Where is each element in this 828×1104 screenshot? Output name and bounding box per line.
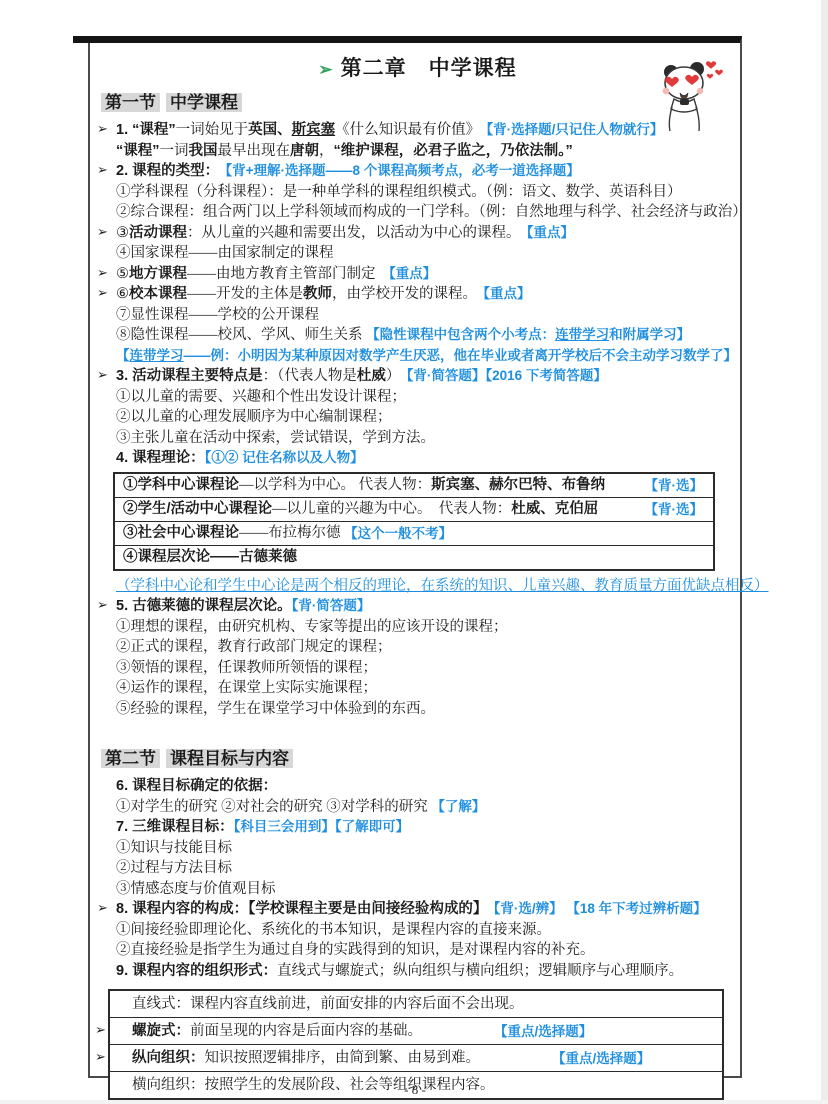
text-segment: 最早出现在: [218, 143, 291, 159]
text-segment: ④国家课程——由国家制定的课程: [116, 245, 334, 261]
text-segment: ，: [319, 143, 334, 159]
text-segment: ：从儿童的兴趣和需要出发，以活动为中心的课程。: [187, 225, 513, 241]
text-line: 6. 课程目标确定的依据：: [101, 776, 734, 797]
item-arrow-icon: ➢: [97, 223, 108, 244]
table-row: ➢纵向组织：知识按照逻辑排序，由简到繁、由易到难。【重点/选择题】: [110, 1045, 722, 1072]
text-segment: 4.: [116, 450, 132, 466]
text-line: ➢1. “课程”一词始见于英国、斯宾塞《什么知识最有价值》 【背·选择题/只记住…: [101, 120, 734, 141]
text-segment: 知识按照逻辑排序，由简到繁、由易到难。: [205, 1049, 481, 1068]
table-row: ①学科中心课程论—以学科为中心。 代表人物：斯宾塞、赫尔巴特、布鲁纳【背·选】: [115, 474, 713, 498]
text-line: ③领悟的课程，任课教师所领悟的课程；: [101, 658, 734, 679]
text-segment: “课程”: [132, 122, 176, 138]
text-line: ③主张儿童在活动中探索，尝试错误，学到方法。: [101, 428, 734, 449]
text-segment: 杜威: [357, 368, 386, 384]
text-segment: 活动课程主要特点是: [132, 368, 263, 384]
exam-annotation: 和附属学习】: [609, 327, 690, 342]
item-arrow-icon: ➢: [97, 284, 108, 305]
text-segment: 校本课程: [129, 286, 187, 302]
text-line: ➢3. 活动课程主要特点是：（代表人物是杜威） 【背·简答题】【2016 下考简…: [101, 366, 734, 387]
exam-annotation: 【背·选/辨】 【18 年下考过辨析题】: [480, 901, 707, 916]
text-segment: 三维课程目标：: [132, 819, 234, 835]
text-segment: 斯宾塞、赫尔巴特、布鲁纳: [431, 476, 605, 495]
text-line: ⑧隐性课程——校风、学风、师生关系 【隐性课程中包含两个小考点：连带学习和附属学…: [101, 325, 734, 346]
exam-annotation: 【背·选】: [645, 500, 704, 519]
section-heading-text: 中学课程: [166, 93, 242, 112]
text-segment: 前面呈现的内容是后面内容的基础。: [190, 1022, 422, 1041]
text-segment: 直线式与螺旋式；纵向组织与横向组织；逻辑顺序与心理顺序。: [277, 963, 683, 979]
page-number: - 8 -: [88, 1082, 742, 1098]
text-segment: ①理想的课程，由研究机构、专家等提出的应该开设的课程；: [116, 619, 508, 635]
text-line: ①知识与技能目标: [101, 838, 734, 859]
text-line: ➢8. 课程内容的构成：【学校课程主要是由间接经验构成的】 【背·选/辨】 【1…: [101, 899, 734, 920]
text-segment: ③主张儿童在活动中探索，尝试错误，学到方法。: [116, 430, 435, 446]
text-line: ➢③活动课程：从儿童的兴趣和需要出发，以活动为中心的课程。 【重点】: [101, 223, 734, 244]
table-row: ②学生/活动中心课程论—以儿童的兴趣为中心。 代表人物：杜威、克伯屈【背·选】: [115, 498, 713, 522]
exam-annotation: 【了解】: [431, 799, 485, 814]
text-line: ②以儿童的心理发展顺序为中心编制课程；: [101, 407, 734, 428]
text-segment: ：（代表人物是: [263, 368, 357, 384]
text-segment: 英国、: [248, 122, 292, 138]
text-segment: ①学科课程（分科课程）：是一种单学科的课程组织模式。（例：语文、数学、英语科目）: [116, 184, 682, 200]
text-line: ②过程与方法目标: [101, 858, 734, 879]
text-segment: 课程理论：: [132, 450, 205, 466]
text-segment: 螺旋式：: [132, 1022, 190, 1041]
chapter-title: ➢第二章 中学课程: [101, 52, 734, 82]
text-segment: 纵向组织：: [132, 1049, 205, 1068]
text-segment: 【学校课程主要是由间接经验构成的】: [248, 901, 480, 917]
scan-edge-right: [821, 0, 828, 1104]
bordered-table: ①学科中心课程论—以学科为中心。 代表人物：斯宾塞、赫尔巴特、布鲁纳【背·选】②…: [113, 472, 715, 571]
text-segment: ①以儿童的需要、兴趣和个性出发设计课程；: [116, 389, 406, 405]
exam-annotation: （学科中心论和学生中心论是两个相反的理论，在系统的知识、儿童兴趣、教育质量方面优…: [116, 578, 769, 594]
exam-annotation: 【科目三会用到】【了解即可】: [234, 819, 410, 834]
exam-annotation: 【背·简答题】: [292, 598, 371, 613]
text-segment: 课程目标确定的依据：: [132, 778, 277, 794]
table-row: ④课程层次论——古德莱德: [115, 546, 713, 569]
text-segment: ⑥: [116, 286, 129, 302]
exam-annotation: 【背·简答题】【2016 下考简答题】: [393, 368, 607, 383]
item-arrow-icon: ➢: [97, 161, 108, 182]
text-line: 7. 三维课程目标：【科目三会用到】【了解即可】: [101, 817, 734, 838]
item-arrow-icon: ➢: [95, 1021, 106, 1042]
text-line: ②综合课程：组合两门以上学科领域而构成的一门学科。（例：自然地理与科学、社会经济…: [101, 202, 734, 223]
text-line: ①以儿童的需要、兴趣和个性出发设计课程；: [101, 387, 734, 408]
section-heading: 第一节中学课程: [101, 91, 734, 115]
text-segment: 一词: [160, 143, 189, 159]
text-line: ➢2. 课程的类型： 【背+理解·选择题——8 个课程高频考点，必考一道选择题】: [101, 161, 734, 182]
text-segment: ，由学校开发的课程。: [332, 286, 470, 302]
text-segment: 活动课程: [129, 225, 187, 241]
text-line: ④国家课程——由国家制定的课程: [101, 243, 734, 264]
spacer: [101, 719, 734, 745]
text-segment: ——由地方教育主管部门制定: [187, 266, 376, 282]
text-segment: ②以儿童的心理发展顺序为中心编制课程；: [116, 409, 392, 425]
text-line: ②直接经验是指学生为通过自身的实践得到的知识，是对课程内容的补充。: [101, 940, 734, 961]
text-segment: 唐朝: [290, 143, 319, 159]
text-segment: ③领悟的课程，任课教师所领悟的课程；: [116, 660, 377, 676]
exam-annotation: 【这个一般不考】: [344, 524, 452, 543]
text-line: 9. 课程内容的组织形式：直线式与螺旋式；纵向组织与横向组织；逻辑顺序与心理顺序…: [101, 961, 734, 982]
exam-annotation: 【背·选】: [645, 476, 704, 495]
text-segment: 7.: [116, 819, 132, 835]
exam-annotation: 【隐性课程中包含两个小考点：: [366, 327, 555, 342]
text-line: ⑦显性课程——学校的公开课程: [101, 305, 734, 326]
text-segment: “维护课程，必君子监之，乃依法制。”: [334, 143, 573, 159]
text-segment: ②正式的课程，教育行政部门规定的课程；: [116, 639, 392, 655]
text-segment: 教师: [303, 286, 332, 302]
text-segment: ③: [116, 225, 129, 241]
chapter-title-arrow-icon: ➢: [318, 60, 333, 79]
spacer: [101, 981, 734, 986]
text-segment: 地方课程: [129, 266, 187, 282]
text-line: ➢5. 古德莱德的课程层次论。【背·简答题】: [101, 596, 734, 617]
text-segment: 课程内容的组织形式：: [132, 963, 277, 979]
text-segment: 直线式：: [132, 995, 190, 1014]
text-line: ②正式的课程，教育行政部门规定的课程；: [101, 637, 734, 658]
text-line: ③情感态度与价值观目标: [101, 879, 734, 900]
text-line: 【连带学习——例：小明因为某种原因对数学产生厌恶，他在毕业或者离开学校后不会主动…: [101, 346, 734, 367]
table-row: ➢螺旋式：前面呈现的内容是后面内容的基础。【重点/选择题】: [110, 1018, 722, 1045]
item-arrow-icon: ➢: [97, 264, 108, 285]
exam-annotation: 【重点/选择题】: [494, 1022, 592, 1041]
text-segment: 我国: [189, 143, 218, 159]
text-segment: 2.: [116, 163, 132, 179]
text-segment: 课程内容直线前进，前面安排的内容后面不会出现。: [190, 995, 524, 1014]
text-segment: ②直接经验是指学生为通过自身的实践得到的知识，是对课程内容的补充。: [116, 942, 595, 958]
text-line: ④运作的课程，在课堂上实际实施课程；: [101, 678, 734, 699]
text-segment: ⑧隐性课程——校风、学风、师生关系: [116, 327, 366, 343]
exam-annotation: 连带学习: [130, 348, 184, 363]
chapter-title-text: 第二章 中学课程: [341, 57, 517, 80]
text-segment: 8.: [116, 901, 132, 917]
text-segment: 课程的类型：: [132, 163, 212, 179]
exam-annotation: 【重点】: [376, 266, 437, 281]
text-line: “课程”一词我国最早出现在唐朝，“维护课程，必君子监之，乃依法制。”: [101, 141, 734, 162]
text-segment: 5.: [116, 598, 132, 614]
item-arrow-icon: ➢: [97, 366, 108, 387]
exam-annotation: 【①② 记住名称以及人物】: [205, 450, 364, 465]
text-segment: ②综合课程：组合两门以上学科领域而构成的一门学科。（例：自然地理与科学、社会经济…: [116, 204, 747, 220]
text-segment: 《什么知识最有价值》: [335, 122, 473, 138]
text-line: ①对学生的研究 ②对社会的研究 ③对学科的研究 【了解】: [101, 797, 734, 818]
text-segment: ⑤经验的课程，学生在课堂学习中体验到的东西。: [116, 701, 435, 717]
text-segment: ④运作的课程，在课堂上实际实施课程；: [116, 680, 377, 696]
text-segment: ①对学生的研究 ②对社会的研究 ③对学科的研究: [116, 799, 431, 815]
text-line: ➢⑤地方课程——由地方教育主管部门制定 【重点】: [101, 264, 734, 285]
text-segment: 课程内容的构成：: [132, 901, 248, 917]
text-segment: ①学科中心课程论: [123, 476, 239, 495]
text-segment: —以学科为中心。 代表人物：: [239, 476, 431, 495]
text-segment: 9.: [116, 963, 132, 979]
text-segment: ①间接经验即理论化、系统化的书本知识，是课程内容的直接来源。: [116, 922, 551, 938]
text-segment: ②学生/活动中心课程论: [123, 500, 272, 519]
text-segment: 一词始见于: [176, 122, 249, 138]
text-segment: ⑤: [116, 266, 129, 282]
section-heading-text: 第二节: [101, 749, 160, 768]
section-heading-text: 第一节: [101, 93, 160, 112]
text-segment: 古德莱德的课程层次论。: [132, 598, 292, 614]
text-segment: 6.: [116, 778, 132, 794]
exam-annotation: 【重点】: [513, 225, 574, 240]
exam-annotation: 【: [116, 348, 130, 363]
text-segment: ①知识与技能目标: [116, 840, 232, 856]
text-line: ⑤经验的课程，学生在课堂学习中体验到的东西。: [101, 699, 734, 720]
page-frame: ➢第二章 中学课程 第一节中学课程➢1. “课程”一词始见于英国、斯宾塞《什么知…: [88, 36, 742, 1078]
exam-annotation: 连带学习: [555, 327, 609, 342]
exam-annotation: 【背+理解·选择题——8 个课程高频考点，必考一道选择题】: [212, 163, 580, 178]
section-heading: 第二节课程目标与内容: [101, 747, 734, 771]
text-line: ①理想的课程，由研究机构、专家等提出的应该开设的课程；: [101, 617, 734, 638]
table-row: 直线式：课程内容直线前进，前面安排的内容后面不会出现。: [110, 991, 722, 1018]
item-arrow-icon: ➢: [95, 1048, 106, 1069]
text-line: （学科中心论和学生中心论是两个相反的理论，在系统的知识、儿童兴趣、教育质量方面优…: [101, 576, 734, 597]
item-arrow-icon: ➢: [97, 596, 108, 617]
exam-annotation: 【背·选择题/只记住人物就行】: [473, 122, 664, 137]
text-segment: 1.: [116, 122, 132, 138]
exam-annotation: 【重点】: [470, 286, 531, 301]
text-line: ①间接经验即理论化、系统化的书本知识，是课程内容的直接来源。: [101, 920, 734, 941]
item-arrow-icon: ➢: [97, 120, 108, 141]
text-segment: ——布拉梅尔德: [239, 524, 344, 543]
text-segment: 3.: [116, 368, 132, 384]
exam-annotation: 【重点/选择题】: [552, 1049, 650, 1068]
exam-annotation: ——例：小明因为某种原因对数学产生厌恶，他在毕业或者离开学校后不会主动学习数学了…: [184, 348, 738, 363]
text-segment: 斯宾塞: [292, 122, 336, 138]
scan-edge-bottom: [0, 1100, 828, 1104]
table-row: ③社会中心课程论——布拉梅尔德 【这个一般不考】: [115, 522, 713, 546]
document-body: 第一节中学课程➢1. “课程”一词始见于英国、斯宾塞《什么知识最有价值》 【背·…: [101, 91, 734, 1100]
text-segment: “课程”: [116, 143, 160, 159]
section-heading-text: 课程目标与内容: [166, 749, 293, 768]
text-segment: ③情感态度与价值观目标: [116, 881, 276, 897]
text-segment: ⑦显性课程——学校的公开课程: [116, 307, 319, 323]
text-segment: ③社会中心课程论: [123, 524, 239, 543]
text-segment: ④课程层次论——古德莱德: [123, 548, 297, 567]
text-segment: —以儿童的兴趣为中心。 代表人物：: [272, 500, 511, 519]
text-line: ①学科课程（分科课程）：是一种单学科的课程组织模式。（例：语文、数学、英语科目）: [101, 182, 734, 203]
text-segment: ②过程与方法目标: [116, 860, 232, 876]
item-arrow-icon: ➢: [97, 899, 108, 920]
text-segment: 杜威、克伯屈: [511, 500, 598, 519]
text-line: 4. 课程理论：【①② 记住名称以及人物】: [101, 448, 734, 469]
text-line: ➢⑥校本课程——开发的主体是教师，由学校开发的课程。 【重点】: [101, 284, 734, 305]
text-segment: ——开发的主体是: [187, 286, 303, 302]
